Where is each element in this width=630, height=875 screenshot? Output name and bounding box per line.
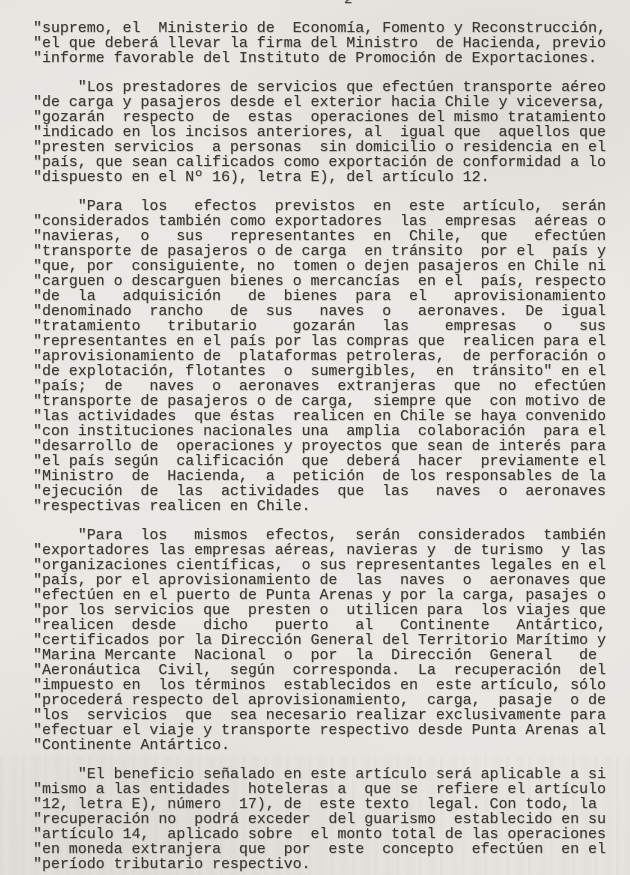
paragraph-exporters-definition: "Para los efectos previstos en este artí… <box>33 199 613 514</box>
document-text-block: "supremo, el Ministerio de Economía, Fom… <box>33 21 613 872</box>
paragraph-punta-arenas-antarctic: "Para los mismos efectos, serán consider… <box>33 528 613 753</box>
scanned-page: 2 "supremo, el Ministerio de Economía, F… <box>0 0 630 875</box>
paragraph-decree-signature: "supremo, el Ministerio de Economía, Fom… <box>33 21 613 66</box>
paragraph-air-transport-services: "Los prestadores de servicios que efectú… <box>33 80 613 185</box>
page-number: 2 <box>344 0 352 8</box>
paragraph-hotel-entities-benefit: "El beneficio señalado en este artículo … <box>33 767 613 872</box>
